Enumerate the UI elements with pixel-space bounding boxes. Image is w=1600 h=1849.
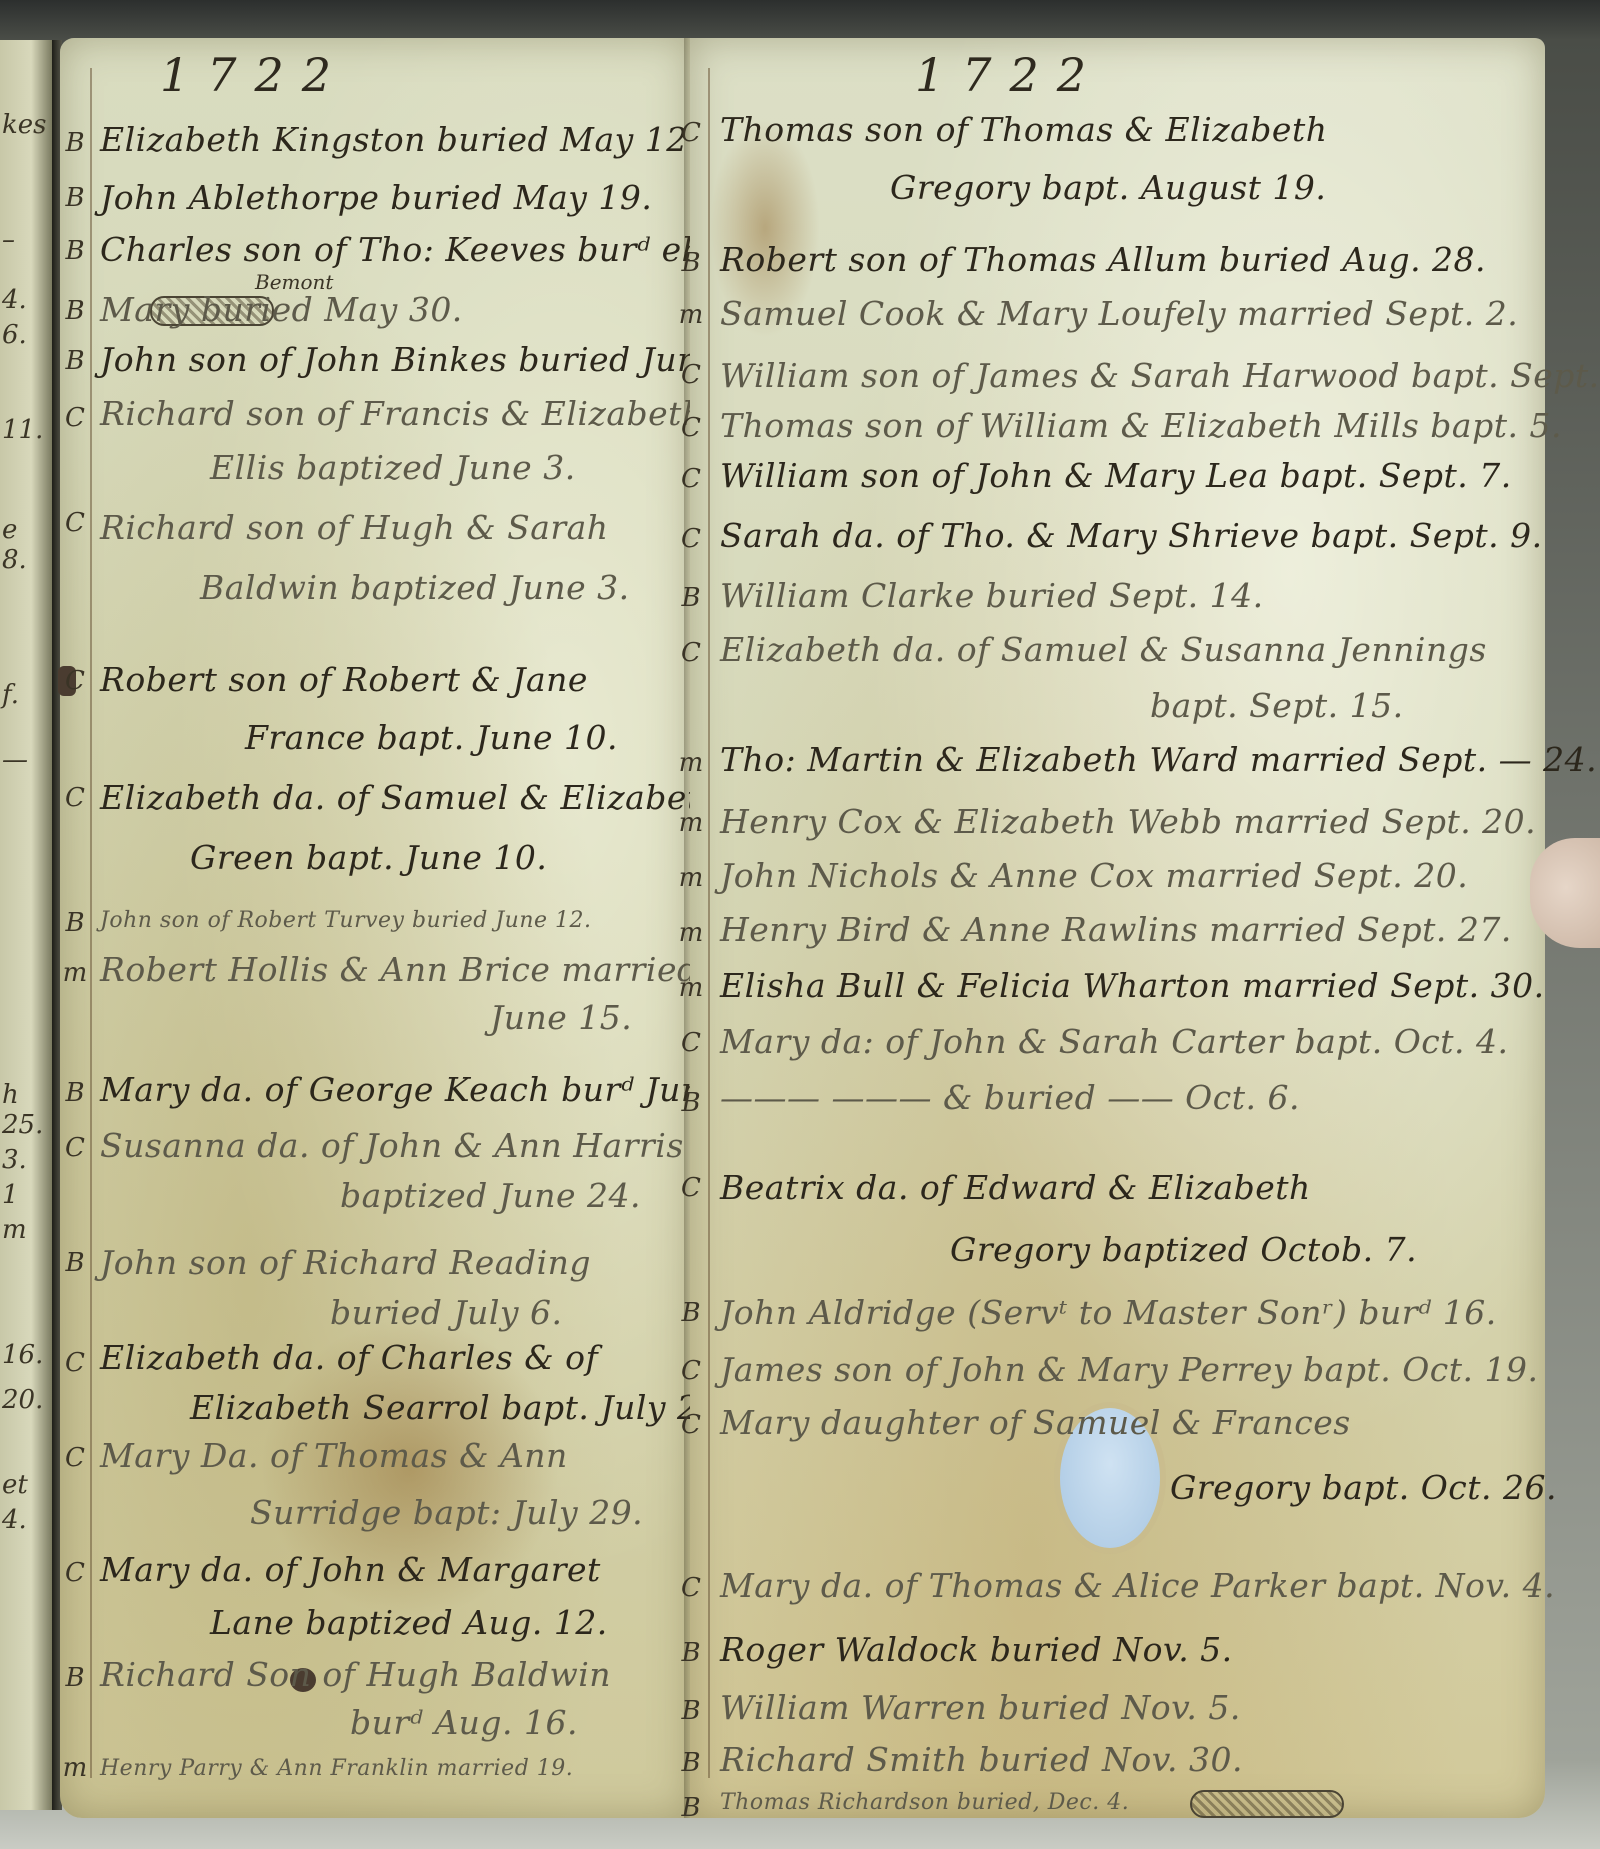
entry-code: C [676, 1573, 706, 1603]
entry-code: C [60, 1348, 90, 1378]
prev-fragment: 4. [2, 285, 27, 315]
entry-line: burᵈ Aug. 16. [350, 1703, 578, 1742]
entry-line: Beatrix da. of Edward & Elizabeth [720, 1168, 1311, 1207]
entry-line: James son of John & Mary Perrey bapt. Oc… [720, 1350, 1538, 1389]
entry-code: m [676, 918, 706, 948]
entry-code: m [60, 958, 90, 988]
entry-code: B [676, 248, 706, 278]
prev-fragment: 4. [2, 1505, 27, 1535]
prev-fragment: 8. [2, 545, 27, 575]
entry-line: Ellis baptized June 3. [210, 448, 576, 487]
entry-code: C [60, 508, 90, 538]
entry-code: B [676, 1088, 706, 1118]
entry-code: C [676, 524, 706, 554]
previous-page-edge: kes – 4. 6. 11. e 8. f. — h 25. 3. 1 m 1… [0, 40, 55, 1810]
entry-line: Elizabeth Searrol bapt. July 27. [190, 1388, 731, 1427]
prev-fragment: 16. [2, 1340, 43, 1370]
entry-code: B [60, 183, 90, 213]
entry-code: B [60, 1078, 90, 1108]
margin-rule [708, 68, 710, 1778]
entry-line: Sarah da. of Tho. & Mary Shrieve bapt. S… [720, 516, 1543, 555]
right-page: 1722 C Thomas son of Thomas & Elizabeth … [690, 38, 1545, 1818]
entry-line: Richard son of Francis & Elizabeth [100, 394, 704, 433]
entry-line: Gregory bapt. Oct. 26. [1170, 1468, 1557, 1507]
entry-line: Gregory baptized Octob. 7. [950, 1230, 1417, 1269]
entry-line: Elizabeth da. of Charles & of [100, 1338, 598, 1377]
entry-code: B [60, 908, 90, 938]
entry-line: Charles son of Tho: Keeves burᵈ ebd: [100, 230, 736, 269]
entry-code: B [676, 1748, 706, 1778]
prev-fragment: 6. [2, 320, 27, 350]
prev-fragment: h [2, 1080, 19, 1110]
entry-code: B [676, 1298, 706, 1328]
entry-line: Robert son of Thomas Allum buried Aug. 2… [720, 240, 1486, 279]
entry-line: Thomas Richardson buried, Dec. 4. [720, 1790, 1129, 1815]
entry-code: C [676, 1410, 706, 1440]
entry-line: Mary da: of John & Sarah Carter bapt. Oc… [720, 1022, 1508, 1061]
entry-line: Henry Parry & Ann Franklin married 19. [100, 1756, 573, 1781]
entry-code: C [60, 666, 90, 696]
entry-code: C [676, 464, 706, 494]
entry-line: Mary da. of Thomas & Alice Parker bapt. … [720, 1566, 1555, 1605]
entry-line: Elisha Bull & Felicia Wharton married Se… [720, 966, 1545, 1005]
margin-rule [90, 68, 92, 1778]
entry-code: C [60, 403, 90, 433]
entry-line: Thomas son of William & Elizabeth Mills … [720, 406, 1562, 445]
prev-fragment: 25. [2, 1110, 43, 1140]
page-year: 1722 [915, 48, 1104, 102]
entry-code: B [676, 583, 706, 613]
entry-code: C [676, 118, 706, 148]
entry-code: C [676, 1356, 706, 1386]
entry-line: Gregory bapt. August 19. [890, 168, 1326, 207]
entry-line: William son of James & Sarah Harwood bap… [720, 356, 1600, 395]
entry-line: Tho: Martin & Elizabeth Ward married Sep… [720, 740, 1597, 779]
entry-code: C [676, 1173, 706, 1203]
entry-line: Green bapt. June 10. [190, 838, 547, 877]
entry-line: John son of John Binkes buried June 1. [100, 340, 762, 379]
entry-code: m [676, 973, 706, 1003]
entry-line: John Aldridge (Servᵗ to Master Sonʳ) bur… [720, 1293, 1497, 1332]
entry-line: Henry Cox & Elizabeth Webb married Sept.… [720, 802, 1536, 841]
entry-line: Richard Son of Hugh Baldwin [100, 1655, 611, 1694]
entry-line: Baldwin baptized June 3. [200, 568, 630, 607]
entry-code: B [676, 1638, 706, 1668]
entry-line: Thomas son of Thomas & Elizabeth [720, 110, 1327, 149]
entry-line: William Clarke buried Sept. 14. [720, 576, 1264, 615]
entry-code: B [676, 1696, 706, 1726]
entry-line: Elizabeth da. of Samuel & Elizabeth [100, 778, 722, 817]
entry-line: Robert Hollis & Ann Brice married [100, 950, 699, 989]
entry-line: Henry Bird & Anne Rawlins married Sept. … [720, 910, 1512, 949]
entry-line: Samuel Cook & Mary Loufely married Sept.… [720, 294, 1518, 333]
entry-line: John son of Richard Reading [100, 1243, 591, 1282]
entry-code: B [676, 1793, 706, 1823]
prev-fragment: e [2, 515, 17, 545]
entry-line: William Warren buried Nov. 5. [720, 1688, 1241, 1727]
entry-line: John Ablethorpe buried May 19. [100, 178, 652, 217]
entry-code: m [676, 863, 706, 893]
entry-code: B [60, 1248, 90, 1278]
entry-line: Richard son of Hugh & Sarah [100, 508, 609, 547]
page-year: 1722 [160, 48, 349, 102]
prev-fragment: – [2, 225, 15, 255]
entry-line: Surridge bapt: July 29. [250, 1493, 643, 1532]
prev-fragment: et [2, 1470, 28, 1500]
entry-code: B [60, 128, 90, 158]
entry-line: Roger Waldock buried Nov. 5. [720, 1630, 1233, 1669]
prev-fragment: kes [2, 110, 46, 140]
entry-line: France bapt. June 10. [245, 718, 618, 757]
entry-line: buried July 6. [330, 1293, 563, 1332]
prev-fragment: 11. [2, 415, 43, 445]
entry-line: Mary Da. of Thomas & Ann [100, 1436, 568, 1475]
entry-code: B [60, 346, 90, 376]
prev-fragment: — [2, 745, 28, 775]
entry-code: m [676, 748, 706, 778]
entry-line: ——— ——— & buried —— Oct. 6. [720, 1078, 1300, 1117]
entry-code: B [60, 1663, 90, 1693]
left-page: 1722 B Elizabeth Kingston buried May 12.… [60, 38, 690, 1818]
entry-line: Mary buried May 30. [100, 290, 463, 329]
entry-line: John son of Robert Turvey buried June 12… [100, 908, 592, 933]
entry-line: John Nichols & Anne Cox married Sept. 20… [720, 856, 1468, 895]
entry-line: Lane baptized Aug. 12. [210, 1603, 608, 1642]
entry-code: B [60, 236, 90, 266]
entry-line: Elizabeth Kingston buried May 12. [100, 120, 699, 159]
prev-fragment: 20. [2, 1385, 43, 1415]
entry-line: Richard Smith buried Nov. 30. [720, 1740, 1243, 1779]
entry-line: Susanna da. of John & Ann Harris [100, 1126, 684, 1165]
entry-code: C [60, 1443, 90, 1473]
entry-line: Elizabeth da. of Samuel & Susanna Jennin… [720, 630, 1487, 669]
entry-line: June 15. [490, 998, 632, 1037]
prev-fragment: 3. [2, 1145, 27, 1175]
entry-line: Robert son of Robert & Jane [100, 660, 588, 699]
prev-fragment: 1 [2, 1180, 19, 1210]
entry-line: Mary da. of John & Margaret [100, 1550, 601, 1589]
entry-line: baptized June 24. [340, 1176, 641, 1215]
entry-code: C [60, 1558, 90, 1588]
entry-code: m [676, 808, 706, 838]
entry-line: Mary daughter of Samuel & Frances [720, 1403, 1351, 1442]
entry-code: C [676, 1028, 706, 1058]
struck-out-word [1190, 1790, 1344, 1818]
entry-code: C [676, 360, 706, 390]
prev-fragment: f. [2, 680, 19, 710]
entry-code: C [676, 638, 706, 668]
entry-code: m [676, 300, 706, 330]
entry-code: C [60, 1133, 90, 1163]
entry-code: B [60, 296, 90, 326]
entry-code: m [60, 1753, 90, 1783]
entry-line: William son of John & Mary Lea bapt. Sep… [720, 456, 1512, 495]
entry-line: bapt. Sept. 15. [1150, 686, 1404, 725]
entry-code: C [676, 413, 706, 443]
entry-code: C [60, 783, 90, 813]
prev-fragment: m [2, 1215, 27, 1245]
